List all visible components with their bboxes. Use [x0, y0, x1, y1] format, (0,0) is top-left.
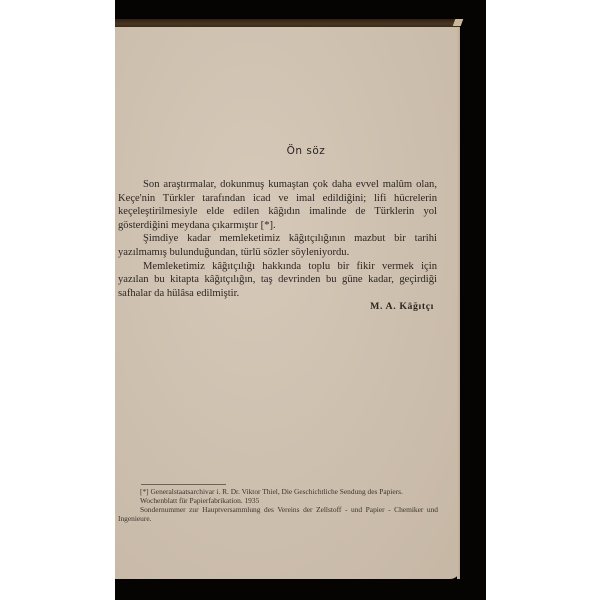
paragraph-2: Şimdiye kadar memleketimiz kâğıtçılığını…: [118, 232, 437, 259]
author-signature: M. A. Kâğıtçı: [370, 301, 434, 312]
footnote-2: Wochenblatt für Papierfabrikation. 1935: [118, 496, 438, 505]
footnote-divider: [141, 484, 226, 485]
preface-body: Son araştırmalar, dokunmuş kumaştan çok …: [118, 178, 437, 300]
page-heading: Ön söz: [115, 145, 460, 157]
book-top-edge: [115, 19, 460, 27]
footnote-1: [*] Generalstaatsarchivar i. R. Dr. Vikt…: [118, 487, 438, 496]
footnote-3: Sondernummer zur Hauptversammlung des Ve…: [118, 505, 438, 523]
paragraph-3: Memleketimiz kâğıtçılığı hakkında toplu …: [118, 260, 437, 301]
footnotes: [*] Generalstaatsarchivar i. R. Dr. Vikt…: [118, 487, 438, 523]
paragraph-1: Son araştırmalar, dokunmuş kumaştan çok …: [118, 178, 437, 232]
book-page: Ön söz Son araştırmalar, dokunmuş kumaşt…: [115, 27, 460, 579]
